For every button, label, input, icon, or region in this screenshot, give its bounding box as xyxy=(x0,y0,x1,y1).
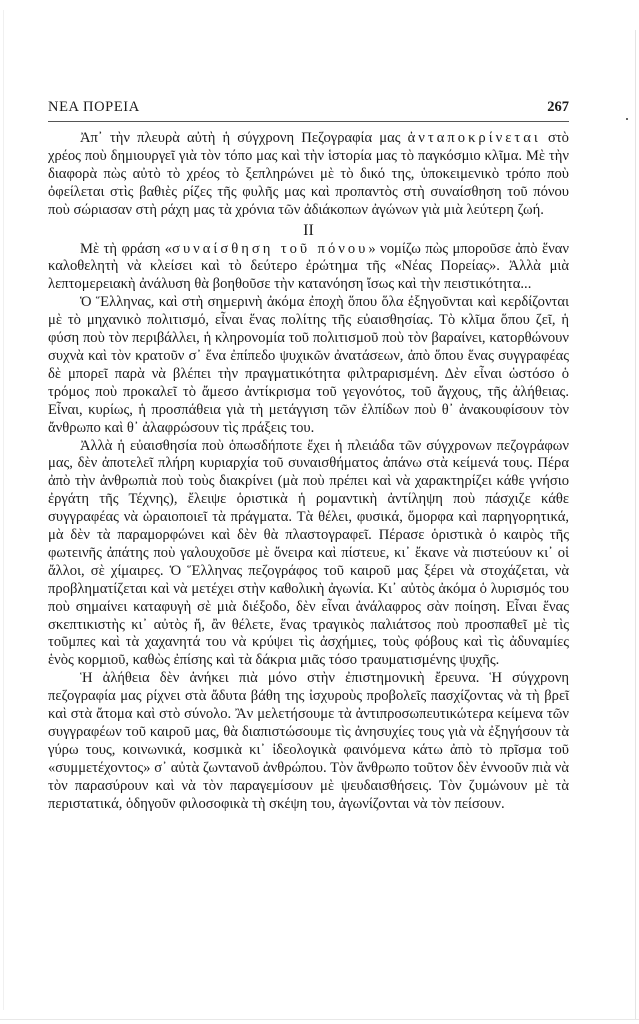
text-run: Μὲ τὴ φράση « xyxy=(80,241,172,257)
page-edge-left xyxy=(3,10,4,1010)
emphasized-phrase: συναίσθηση τοῦ πόνου xyxy=(172,241,368,257)
running-header: ΝΕΑ ΠΟΡΕΙΑ 267 xyxy=(48,99,569,116)
page-edge-bottom xyxy=(0,1019,639,1020)
paragraph: Ἀλλὰ ἡ εὐαισθησία ποὺ ὁπωσδήποτε ἔχει ἡ … xyxy=(48,438,569,671)
paragraph: Ἀπ᾽ τὴν πλευρὰ αὐτὴ ἡ σύγχρονη Πεζογραφί… xyxy=(48,130,569,220)
running-title: ΝΕΑ ΠΟΡΕΙΑ xyxy=(48,99,140,116)
emphasized-word: ἀνταποκρίνεται xyxy=(408,130,541,146)
paragraph: Ὁ Ἕλληνας, καὶ στὴ σημερινὴ ἀκόμα ἐποχὴ … xyxy=(48,294,569,437)
article-body: Ἀπ᾽ τὴν πλευρὰ αὐτὴ ἡ σύγχρονη Πεζογραφί… xyxy=(48,130,569,814)
section-heading: II xyxy=(48,221,569,241)
page-edge-right xyxy=(635,30,636,1020)
paragraph: Ἡ ἀλήθεια δὲν ἀνήκει πιὰ μόνο στὴν ἐπιστ… xyxy=(48,670,569,813)
text-run: Ἀπ᾽ τὴν πλευρὰ αὐτὴ ἡ σύγχρονη Πεζογραφί… xyxy=(80,130,408,146)
scan-speck xyxy=(626,118,628,120)
paragraph: Μὲ τὴ φράση «συναίσθηση τοῦ πόνου» νομίζ… xyxy=(48,241,569,295)
header-rule xyxy=(48,121,569,122)
page-number: 267 xyxy=(547,99,569,116)
